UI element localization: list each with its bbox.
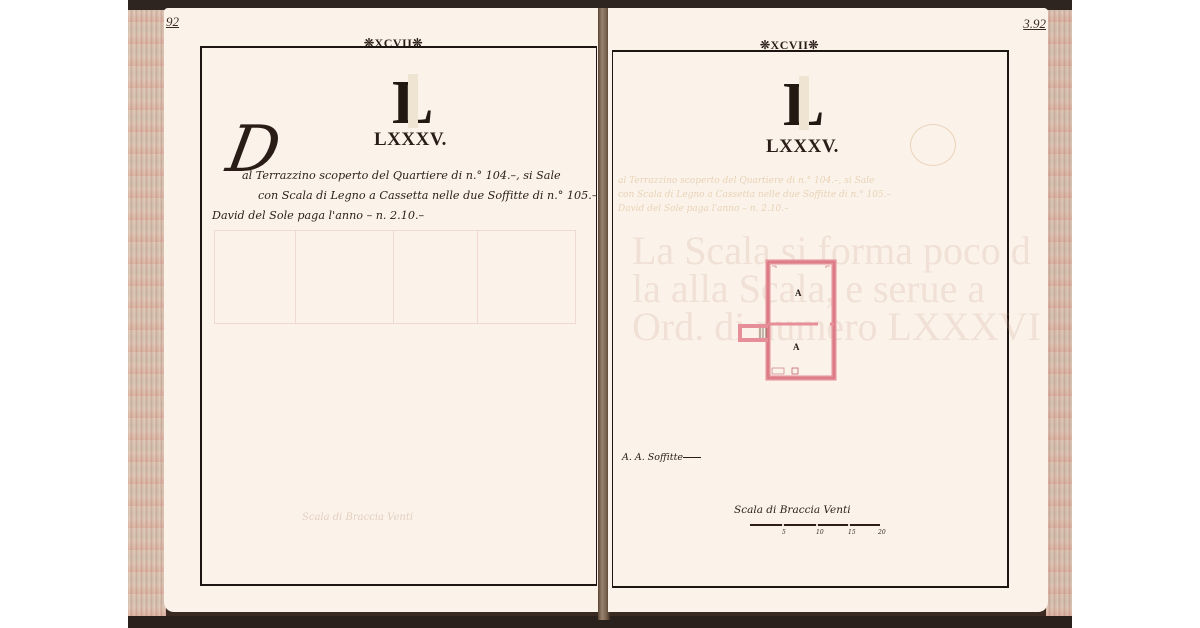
bleed-through-scale: Scala di Braccia Venti: [302, 512, 413, 523]
scale-tick: 5: [782, 529, 786, 536]
entry-number: LXXXV.: [766, 136, 839, 158]
bleed-through-plan: [214, 230, 576, 324]
section-letter: L: [392, 72, 433, 134]
scale-tick: 20: [878, 529, 886, 536]
letter-shading: [408, 74, 418, 128]
right-page: 3.92 ❊XCVII❊ L LXXXV. al Terrazzino scop…: [608, 8, 1048, 612]
folio-number: 3.92: [1023, 16, 1046, 32]
section-letter: L: [783, 74, 824, 136]
floor-plan: A A: [738, 254, 848, 384]
scale-tick: 15: [848, 529, 856, 536]
bleed-through-script: al Terrazzino scoperto del Quartiere di …: [618, 174, 1008, 216]
plan-legend: A. A. Soffitte: [622, 452, 701, 463]
room-label: A: [793, 342, 800, 352]
scale-bar: Scala di Braccia Venti 5 10 15 20: [734, 504, 894, 548]
scale-title: Scala di Braccia Venti: [734, 504, 851, 516]
open-book: 92 ❊XCVII❊ L LXXXV. D al Terrazzino scop…: [128, 0, 1072, 628]
folio-number: 92: [166, 14, 179, 30]
fore-edge-right: [1046, 10, 1072, 616]
entry-text-line: al Terrazzino scoperto del Quartiere di …: [242, 166, 561, 186]
floor-plan-drawing: [738, 254, 848, 384]
legend-flourish: [683, 457, 701, 458]
scale-tick: 10: [816, 529, 824, 536]
room-label: A: [795, 288, 802, 298]
letter-shading: [799, 76, 809, 130]
bleed-through-flourish: [910, 124, 956, 166]
fore-edge-left: [128, 10, 166, 616]
scale-line: [750, 524, 880, 526]
entry-text-line: con Scala di Legno a Cassetta nelle due …: [258, 186, 597, 206]
left-page: 92 ❊XCVII❊ L LXXXV. D al Terrazzino scop…: [164, 8, 600, 612]
entry-number: LXXXV.: [374, 129, 447, 151]
entry-text-line: David del Sole paga l'anno – n. 2.10.–: [212, 206, 424, 226]
